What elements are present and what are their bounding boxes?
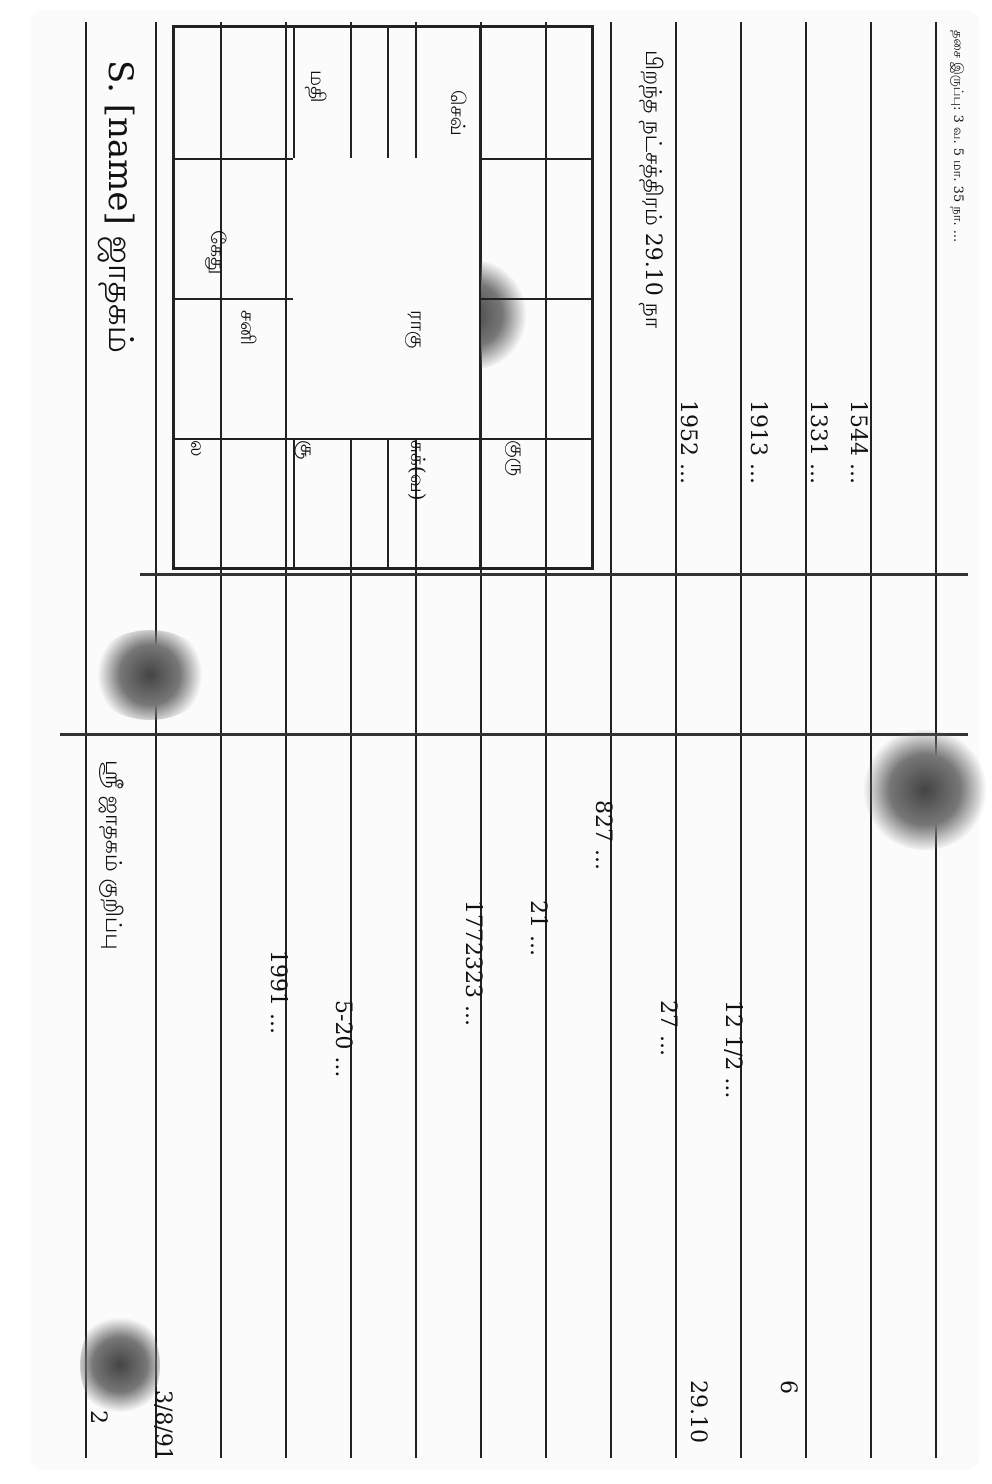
horoscope-chart <box>172 25 594 570</box>
right-line: 1331 ... <box>805 400 830 484</box>
left-line: 5-20 ... <box>330 1000 355 1077</box>
left-line: 21 ... <box>525 900 550 956</box>
right-line: 1952 ... <box>675 400 700 484</box>
page-number: 2 <box>85 1410 110 1424</box>
chart-cell: சுக்(வ) <box>403 440 430 501</box>
chart-cell: ல <box>183 440 210 457</box>
chart-center <box>293 158 479 438</box>
ruled-line <box>740 22 742 1458</box>
left-line: 1991 ... <box>265 950 290 1034</box>
margin-note: 6 <box>775 1380 800 1394</box>
chart-cell: சூ <box>293 440 320 459</box>
left-line: 827 ... <box>590 800 615 870</box>
margin-line <box>140 573 968 576</box>
ruled-line <box>610 22 612 1458</box>
chart-cell: ராகு <box>403 310 430 348</box>
chart-cell: குரு <box>503 440 530 476</box>
ruled-line <box>805 22 807 1458</box>
margin-note: 29.10 <box>685 1380 710 1443</box>
ink-smudge <box>80 1310 160 1420</box>
left-line: 1772323 ... <box>460 900 485 1026</box>
header-title: S. [name] ஜாதகம் <box>96 60 140 353</box>
left-line: 12 1/2 ... <box>720 1000 745 1098</box>
chart-cell: மதி <box>303 70 330 102</box>
ruled-line <box>155 22 157 1458</box>
margin-note: 3/8/91 <box>150 1390 175 1461</box>
ink-smudge <box>860 730 990 850</box>
ruled-line <box>870 22 872 1458</box>
ruled-line <box>85 22 87 1458</box>
right-line: பிறந்த நட்சத்திரம் 29.10 நா <box>637 50 665 328</box>
page-fold <box>60 733 968 736</box>
chart-cell: கேது <box>203 230 230 274</box>
right-line: 1913 ... <box>745 400 770 484</box>
left-line: 27 ... <box>655 1000 680 1056</box>
right-line: 1544 ... <box>845 400 870 484</box>
chart-cell: சனி <box>233 310 260 345</box>
ink-smudge <box>90 630 210 720</box>
ruled-line <box>675 22 677 1458</box>
chart-cell: செவ் <box>443 90 470 136</box>
left-page-title: ஸ்ரீ ஜாதகம் குறிப்பு <box>97 760 125 950</box>
bottom-note: தசை இருப்பு: 3 வ. 5 மா. 35 நா. ... <box>949 30 965 242</box>
